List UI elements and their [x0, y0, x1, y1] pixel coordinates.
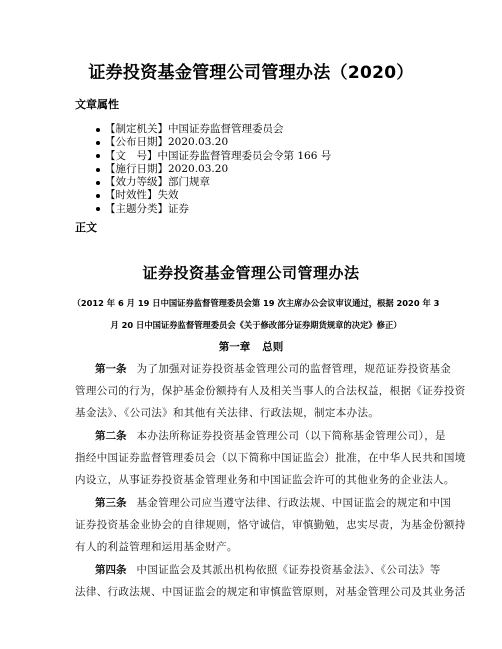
attributes-list: 【制定机关】中国证券监督管理委员会 【公布日期】2020.03.20 【文 号】…	[96, 123, 331, 216]
attributes-heading: 文章属性	[75, 96, 119, 112]
attribute-item: 【施行日期】2020.03.20	[96, 163, 331, 176]
attribute-value: 证券	[168, 203, 189, 216]
bullet-icon	[96, 181, 100, 185]
bullet-icon	[96, 141, 100, 145]
attribute-value: 失效	[158, 189, 179, 202]
article-text-line: 基金法》、《公司法》和其他有关法律、行政法规，制定本办法。	[75, 405, 379, 420]
attribute-label: 【公布日期】	[105, 136, 168, 149]
bullet-icon	[96, 128, 100, 132]
bullet-icon	[96, 194, 100, 198]
bullet-icon	[96, 154, 100, 158]
article-text-line: 管理公司的行为，保护基金份额持有人及相关当事人的合法权益，根据《证券投资	[75, 383, 466, 398]
attribute-label: 【效力等级】	[105, 176, 168, 189]
attribute-item: 【时效性】失效	[96, 189, 331, 202]
document-page: 证券投资基金管理公司管理办法（2020） 文章属性 【制定机关】中国证券监督管理…	[0, 0, 502, 649]
attribute-item: 【制定机关】中国证券监督管理委员会	[96, 123, 331, 136]
attribute-item: 【主题分类】证券	[96, 203, 331, 216]
article-first-line: 第三条基金管理公司应当遵守法律、行政法规、中国证监会的规定和中国	[95, 495, 451, 510]
attribute-value: 部门规章	[168, 176, 210, 189]
bullet-icon	[96, 168, 100, 172]
document-title: 证券投资基金管理公司管理办法	[0, 262, 502, 283]
article-text: 基金管理公司应当遵守法律、行政法规、中国证监会的规定和中国	[137, 497, 452, 509]
page-title: 证券投资基金管理公司管理办法（2020）	[0, 58, 502, 83]
article-label: 第一条	[95, 363, 127, 375]
article-first-line: 第二条本办法所称证券投资基金管理公司（以下简称基金管理公司），是	[95, 428, 446, 443]
attribute-value: 中国证券监督管理委员会	[168, 123, 284, 136]
chapter-heading: 第一章总则	[0, 339, 502, 354]
attribute-label: 【制定机关】	[105, 123, 168, 136]
attribute-item: 【文 号】中国证券监督管理委员会令第 166 号	[96, 150, 331, 163]
article-text-line: 证券投资基金业协会的自律规则，恪守诚信，审慎勤勉，忠实尽责，为基金份额持	[75, 517, 466, 532]
attribute-label: 【时效性】	[105, 189, 158, 202]
article-text: 为了加强对证券投资基金管理公司的监督管理，规范证券投资基金	[137, 363, 452, 375]
article-text: 本办法所称证券投资基金管理公司（以下简称基金管理公司），是	[137, 430, 446, 442]
article-label: 第三条	[95, 497, 127, 509]
amendment-note-line: （2012 年 6 月 19 日中国证券监督管理委员会第 19 次主席办公会议审…	[60, 297, 452, 309]
article-label: 第四条	[95, 564, 127, 576]
article-label: 第二条	[95, 430, 127, 442]
attribute-value: 2020.03.20	[168, 163, 228, 176]
attribute-value: 中国证券监督管理委员会令第 166 号	[158, 150, 332, 163]
article-text: 中国证监会及其派出机构依照《证券投资基金法》、《公司法》等	[137, 564, 441, 576]
attribute-label: 【文 号】	[105, 150, 158, 163]
body-heading: 正文	[75, 219, 97, 235]
chapter-name: 总则	[262, 341, 283, 353]
attribute-label: 【主题分类】	[105, 203, 168, 216]
article-first-line: 第四条中国证监会及其派出机构依照《证券投资基金法》、《公司法》等	[95, 562, 441, 577]
article-text-line: 指经中国证券监督管理委员会（以下简称中国证监会）批准，在中华人民共和国境	[75, 450, 466, 465]
article-first-line: 第一条为了加强对证券投资基金管理公司的监督管理，规范证券投资基金	[95, 361, 451, 376]
attribute-label: 【施行日期】	[105, 163, 168, 176]
article-text-line: 有人的利益管理和运用基金财产。	[75, 539, 238, 554]
article-text-line: 法律、行政法规、中国证监会的规定和审慎监管原则，对基金管理公司及其业务活	[75, 584, 466, 599]
attribute-item: 【公布日期】2020.03.20	[96, 136, 331, 149]
attribute-item: 【效力等级】部门规章	[96, 176, 331, 189]
chapter-number: 第一章	[219, 341, 251, 353]
attribute-value: 2020.03.20	[168, 136, 228, 149]
bullet-icon	[96, 207, 100, 211]
amendment-note-line: 月 20 日中国证券监督管理委员会《关于修改部分证券期货规章的决定》修正）	[60, 319, 452, 331]
article-text-line: 内设立，从事证券投资基金管理业务和中国证监会许可的其他业务的企业法人。	[75, 472, 455, 487]
